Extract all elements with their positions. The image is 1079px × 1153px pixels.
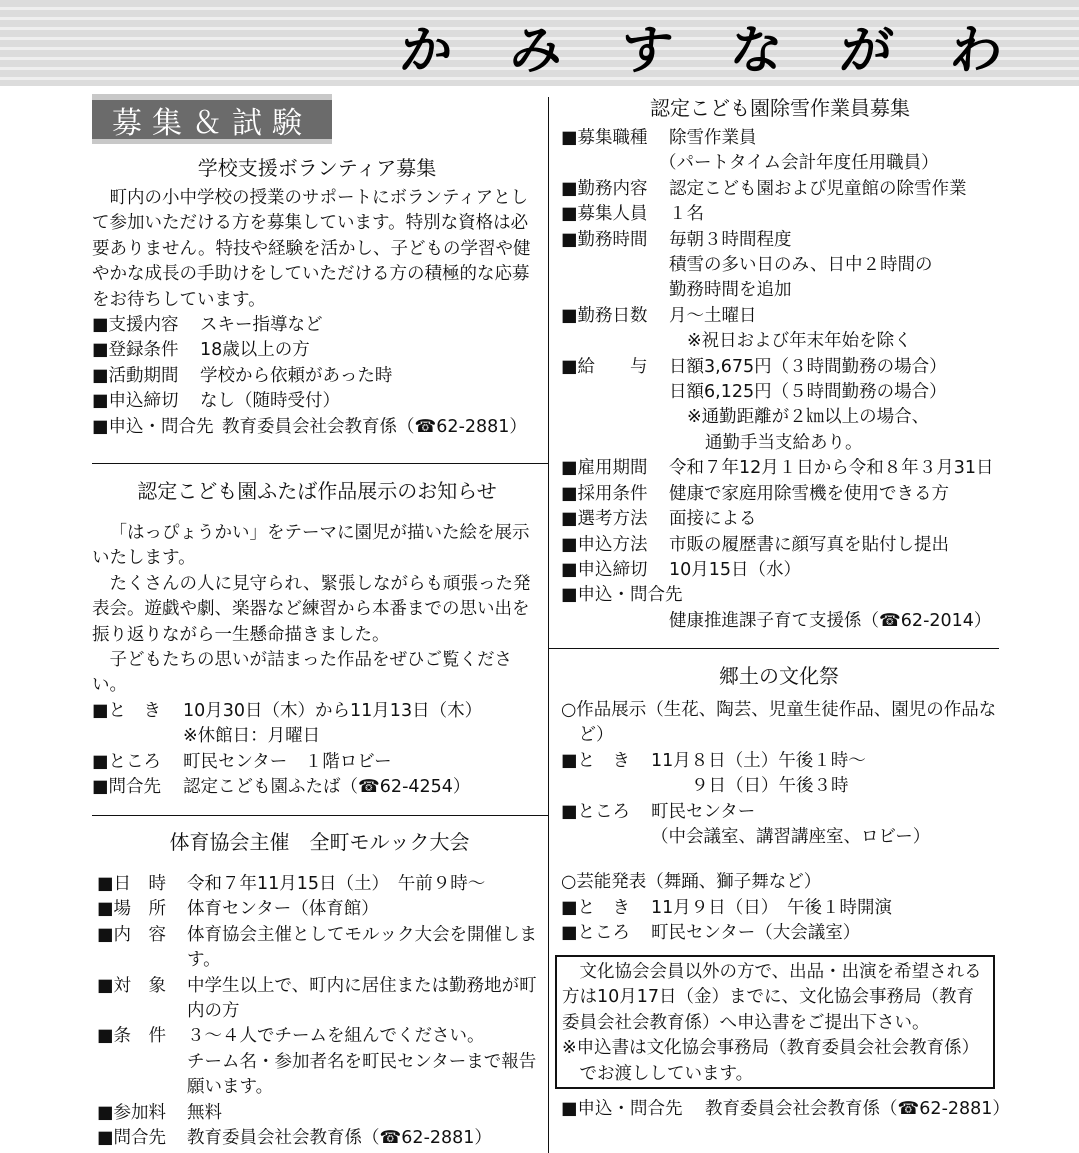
row-value-line: チーム名・参加者名を町民センターまで報告願います。 [187, 1050, 542, 1101]
article-paragraph: 子どもたちの思いが詰まった作品をぜひご覧ください。 [92, 648, 542, 699]
notice-paragraph: 文化協会会員以外の方で、出品・出演を希望される方は10月17日（金）までに、文化… [562, 960, 989, 1036]
info-row: ■給 与日額3,675円（３時間勤務の場合） [561, 355, 999, 380]
row-value-line: ※通勤距離が２㎞以上の場合、 [561, 405, 999, 430]
masthead-title: か み す な が わ [388, 10, 1015, 80]
title-char: が [828, 8, 906, 83]
row-label: ■申込・問合先 [561, 1097, 705, 1122]
article-title: 認定こども園除雪作業員募集 [561, 94, 999, 122]
info-row: ■申込締切なし（随時受付） [92, 389, 542, 414]
row-value: 11月８日（土）午後１時～ [651, 749, 997, 774]
row-value: ３～４人でチームを組んでください。チーム名・参加者名を町民センターまで報告願いま… [187, 1024, 542, 1100]
row-value: 教育委員会社会教育係（☎62-2881） [705, 1097, 1010, 1122]
notice-note: ※申込書は文化協会事務局（教育委員会社会教育係）でお渡ししています。 [562, 1036, 989, 1087]
info-row: ■問合先認定こども園ふたば（☎62-4254） [92, 775, 542, 800]
info-row: ■ところ町民センター [561, 800, 997, 825]
row-label: ■ところ [561, 921, 651, 946]
row-value: 除雪作業員 [669, 126, 999, 151]
row-value: 日額3,675円（３時間勤務の場合） [669, 355, 999, 380]
info-row: ■募集職種除雪作業員 [561, 126, 999, 151]
row-value-line: （中会議室、講習講座室、ロビー） [561, 825, 997, 850]
row-label: ■申込・問合先 [561, 583, 683, 608]
article-title: 体育協会主催 全町モルック大会 [97, 828, 542, 856]
row-label: ■日 時 [97, 872, 187, 897]
info-row: ■条 件３～４人でチームを組んでください。チーム名・参加者名を町民センターまで報… [97, 1024, 542, 1100]
row-value: なし（随時受付） [200, 389, 542, 414]
row-label: ■募集職種 [561, 126, 669, 151]
title-char: な [718, 8, 796, 83]
row-label: ■雇用期間 [561, 456, 669, 481]
row-label: ■活動期間 [92, 364, 200, 389]
row-value: 中学生以上で、町内に居住または勤務地が町内の方 [187, 974, 542, 1025]
row-label: ■条 件 [97, 1024, 187, 1100]
row-value: １名 [669, 202, 999, 227]
row-value: 町民センター（大会議室） [651, 921, 997, 946]
row-value: 町民センター １階ロビー [183, 750, 542, 775]
row-value: 町民センター [651, 800, 997, 825]
row-label: ■と き [92, 699, 183, 724]
row-label: ■申込締切 [561, 558, 669, 583]
row-value: 10月30日（木）から11月13日（木） [183, 699, 542, 724]
info-row: ■採用条件健康で家庭用除雪機を使用できる方 [561, 482, 999, 507]
row-label: ■ところ [561, 800, 651, 825]
row-value: 10月15日（水） [669, 558, 999, 583]
masthead: か み す な が わ [0, 0, 1079, 86]
info-row: ■申込締切10月15日（水） [561, 558, 999, 583]
row-label: ■と き [561, 749, 651, 774]
row-value-line: 通勤手当支給あり。 [561, 431, 999, 456]
title-char: か [388, 8, 466, 83]
row-label: ■と き [561, 896, 651, 921]
row-label: ■対 象 [97, 974, 187, 1025]
spacer [561, 850, 997, 870]
info-row: ■勤務日数月～土曜日 [561, 304, 999, 329]
title-char: す [608, 8, 686, 83]
column-divider [548, 97, 549, 1153]
row-value: 面接による [669, 507, 999, 532]
info-row: ■選考方法面接による [561, 507, 999, 532]
info-row: ■申込方法市販の履歴書に顔写真を貼付し提出 [561, 533, 999, 558]
info-row: ■と き11月８日（土）午後１時～ [561, 749, 997, 774]
info-row: ■募集人員１名 [561, 202, 999, 227]
row-value: スキー指導など [200, 313, 542, 338]
info-row: ■勤務内容認定こども園および児童館の除雪作業 [561, 177, 999, 202]
row-value-line: （パートタイム会計年度任用職員） [561, 151, 999, 176]
row-value: 令和７年11月15日（土） 午前９時～ [187, 872, 542, 897]
info-row: ■ところ町民センター １階ロビー [92, 750, 542, 775]
row-label: ■申込方法 [561, 533, 669, 558]
exhibit-heading: ○作品展示（生花、陶芸、児童生徒作品、園児の作品など） [561, 698, 997, 749]
row-value-line: 積雪の多い日のみ、日中２時間の [561, 253, 999, 278]
info-row: ■参加料無料 [97, 1101, 542, 1126]
row-value: 令和７年12月１日から令和８年３月31日 [669, 456, 999, 481]
row-value: 健康で家庭用除雪機を使用できる方 [669, 482, 999, 507]
info-row: ■ところ町民センター（大会議室） [561, 921, 997, 946]
article-title: 認定こども園ふたば作品展示のお知らせ [92, 477, 542, 505]
article-body: 町内の小中学校の授業のサポートにボランティアとして参加いただける方を募集していま… [92, 186, 542, 313]
info-row: ■対 象中学生以上で、町内に居住または勤務地が町内の方 [97, 974, 542, 1025]
row-label: ■勤務日数 [561, 304, 669, 329]
row-value-line: ※祝日および年末年始を除く [561, 329, 999, 354]
row-label: ■勤務時間 [561, 228, 669, 253]
article-title: 学校支援ボランティア募集 [92, 154, 542, 182]
info-row: ■場 所体育センター（体育館） [97, 897, 542, 922]
info-row: ■活動期間学校から依頼があった時 [92, 364, 542, 389]
row-label: ■選考方法 [561, 507, 669, 532]
row-label: ■申込締切 [92, 389, 200, 414]
row-value-line: 日額6,125円（５時間勤務の場合） [561, 380, 999, 405]
row-value-line: ３～４人でチームを組んでください。 [187, 1024, 542, 1049]
row-value: 教育委員会社会教育係（☎62-2881） [222, 415, 542, 440]
row-label: ■問合先 [92, 775, 183, 800]
divider [92, 463, 548, 464]
title-char: わ [938, 8, 1016, 83]
row-label: ■ところ [92, 750, 183, 775]
perform-heading: ○芸能発表（舞踊、獅子舞など） [561, 870, 997, 895]
row-value: 教育委員会社会教育係（☎62-2881） [187, 1126, 542, 1151]
info-row: ■内 容体育協会主催としてモルック大会を開催します。 [97, 923, 542, 974]
info-row: ■と き11月９日（日） 午後１時開演 [561, 896, 997, 921]
article-paragraph: たくさんの人に見守られ、緊張しながらも頑張った発表会。遊戯や劇、楽器など練習から… [92, 572, 542, 648]
info-row: ■登録条件18歳以上の方 [92, 338, 542, 363]
row-value: 認定こども園および児童館の除雪作業 [669, 177, 999, 202]
row-value: 無料 [187, 1101, 542, 1126]
info-row: ■日 時令和７年11月15日（土） 午前９時～ [97, 872, 542, 897]
info-row: ■問合先教育委員会社会教育係（☎62-2881） [97, 1126, 542, 1151]
row-label: ■給 与 [561, 355, 669, 380]
row-value-line: ９日（日）午後３時 [561, 774, 997, 799]
row-value: 市販の履歴書に顔写真を貼付し提出 [669, 533, 999, 558]
row-label: ■場 所 [97, 897, 187, 922]
row-value: 学校から依頼があった時 [200, 364, 542, 389]
row-label: ■募集人員 [561, 202, 669, 227]
row-value: 11月９日（日） 午後１時開演 [651, 896, 997, 921]
divider [548, 648, 999, 649]
info-row: ■申込・問合先 [561, 583, 999, 608]
row-label: ■内 容 [97, 923, 187, 974]
row-value: 18歳以上の方 [200, 338, 542, 363]
article-snow-removal: 認定こども園除雪作業員募集 ■募集職種除雪作業員 （パートタイム会計年度任用職員… [561, 94, 999, 634]
title-char: み [498, 8, 576, 83]
row-value: 体育センター（体育館） [187, 897, 542, 922]
article-paragraph: 「はっぴょうかい」をテーマに園児が描いた絵を展示いたします。 [92, 521, 542, 572]
row-label: ■申込・問合先 [92, 415, 222, 440]
info-row: ■雇用期間令和７年12月１日から令和８年３月31日 [561, 456, 999, 481]
article-molkky: 体育協会主催 全町モルック大会 ■日 時令和７年11月15日（土） 午前９時～ … [97, 828, 542, 1151]
article-culture-festival: 郷土の文化祭 ○作品展示（生花、陶芸、児童生徒作品、園児の作品など） ■と き1… [561, 662, 997, 947]
divider [92, 815, 548, 816]
info-row: ■申込・問合先教育委員会社会教育係（☎62-2881） [92, 415, 542, 440]
info-row: ■と き10月30日（木）から11月13日（木） [92, 699, 542, 724]
row-value: 体育協会主催としてモルック大会を開催します。 [187, 923, 542, 974]
row-value: 毎朝３時間程度 [669, 228, 999, 253]
row-value-line: 勤務時間を追加 [561, 278, 999, 303]
row-label: ■勤務内容 [561, 177, 669, 202]
article-title: 郷土の文化祭 [561, 662, 997, 690]
notice-box: 文化協会会員以外の方で、出品・出演を希望される方は10月17日（金）までに、文化… [555, 955, 995, 1089]
section-badge: 募集＆試験 [92, 94, 332, 144]
row-label: ■登録条件 [92, 338, 200, 363]
article-exhibit: 認定こども園ふたば作品展示のお知らせ 「はっぴょうかい」をテーマに園児が描いた絵… [92, 477, 542, 800]
row-label: ■問合先 [97, 1126, 187, 1151]
article-volunteer: 学校支援ボランティア募集 町内の小中学校の授業のサポートにボランティアとして参加… [92, 154, 542, 440]
row-label: ■支援内容 [92, 313, 200, 338]
row-value: 認定こども園ふたば（☎62-4254） [183, 775, 542, 800]
row-label: ■参加料 [97, 1101, 187, 1126]
row-value-line: 健康推進課子育て支援係（☎62-2014） [561, 609, 999, 634]
row-label: ■採用条件 [561, 482, 669, 507]
info-row: ■支援内容スキー指導など [92, 313, 542, 338]
festival-contact: ■申込・問合先教育委員会社会教育係（☎62-2881） [561, 1097, 997, 1122]
info-row: ■申込・問合先教育委員会社会教育係（☎62-2881） [561, 1097, 997, 1122]
row-value: 月～土曜日 [669, 304, 999, 329]
row-note: ※休館日：月曜日 [92, 724, 542, 749]
info-row: ■勤務時間毎朝３時間程度 [561, 228, 999, 253]
